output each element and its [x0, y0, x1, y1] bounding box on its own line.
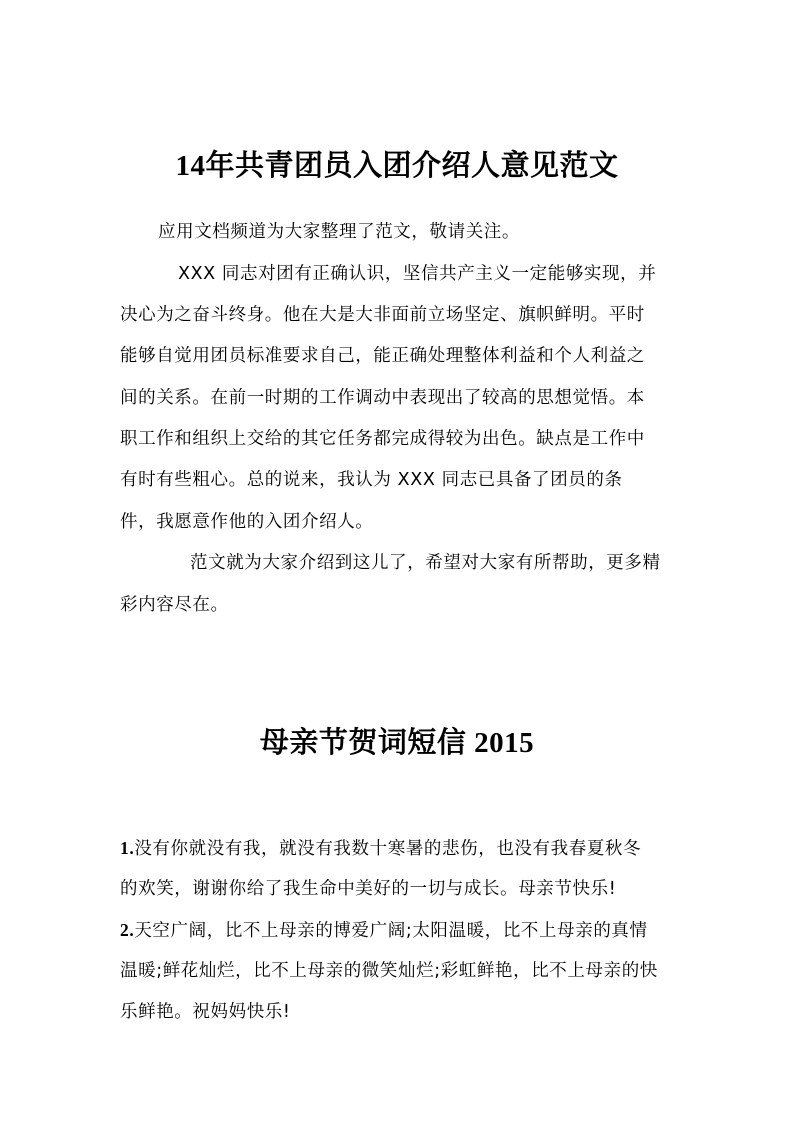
paragraph-line: 职工作和组织上交给的其它任务都完成得较为出色。缺点是工作中: [120, 428, 645, 450]
section-title-1: 14年共青团员入团介绍人意见范文: [0, 143, 794, 184]
message-item-1: 1.没有你就没有我，就没有我数十寒暑的悲伤，也没有我春夏秋冬: [120, 837, 641, 860]
message-line: 温暖;鲜花灿烂，比不上母亲的微笑灿烂;彩虹鲜艳，比不上母亲的快: [120, 960, 658, 982]
paragraph-line: 能够自觉用团员标准要求自己，能正确处理整体利益和个人利益之: [120, 345, 645, 367]
message-line: 乐鲜艳。祝妈妈快乐!: [120, 1001, 291, 1023]
item-number: 2.: [120, 920, 134, 940]
paragraph-line: 间的关系。在前一时期的工作调动中表现出了较高的思想觉悟。本: [120, 387, 645, 409]
paragraph-line: 有时有些粗心。总的说来，我认为 XXX 同志已具备了团员的条: [120, 469, 623, 491]
document-page: 14年共青团员入团介绍人意见范文 应用文档频道为大家整理了范文，敬请关注。 XX…: [0, 0, 794, 1123]
message-line: 的欢笑，谢谢你给了我生命中美好的一切与成长。母亲节快乐!: [120, 878, 616, 900]
paragraph-line: XXX 同志对团有正确认识，坚信共产主义一定能够实现，并: [178, 263, 656, 285]
message-item-2: 2.天空广阔，比不上母亲的博爱广阔;太阳温暖，比不上母亲的真情: [120, 919, 648, 942]
closing-line: 彩内容尽在。: [120, 594, 229, 616]
section-title-2: 母亲节贺词短信 2015: [0, 720, 794, 761]
intro-line: 应用文档频道为大家整理了范文，敬请关注。: [158, 221, 520, 243]
paragraph-line: 决心为之奋斗终身。他在大是大非面前立场坚定、旗帜鲜明。平时: [120, 304, 645, 326]
message-text: 没有你就没有我，就没有我数十寒暑的悲伤，也没有我春夏秋冬: [134, 839, 641, 859]
message-text: 天空广阔，比不上母亲的博爱广阔;太阳温暖，比不上母亲的真情: [134, 921, 647, 941]
paragraph-line: 件，我愿意作他的入团介绍人。: [120, 511, 373, 533]
closing-line: 范文就为大家介绍到这儿了，希望对大家有所帮助，更多精: [190, 552, 661, 574]
item-number: 1.: [120, 838, 134, 858]
